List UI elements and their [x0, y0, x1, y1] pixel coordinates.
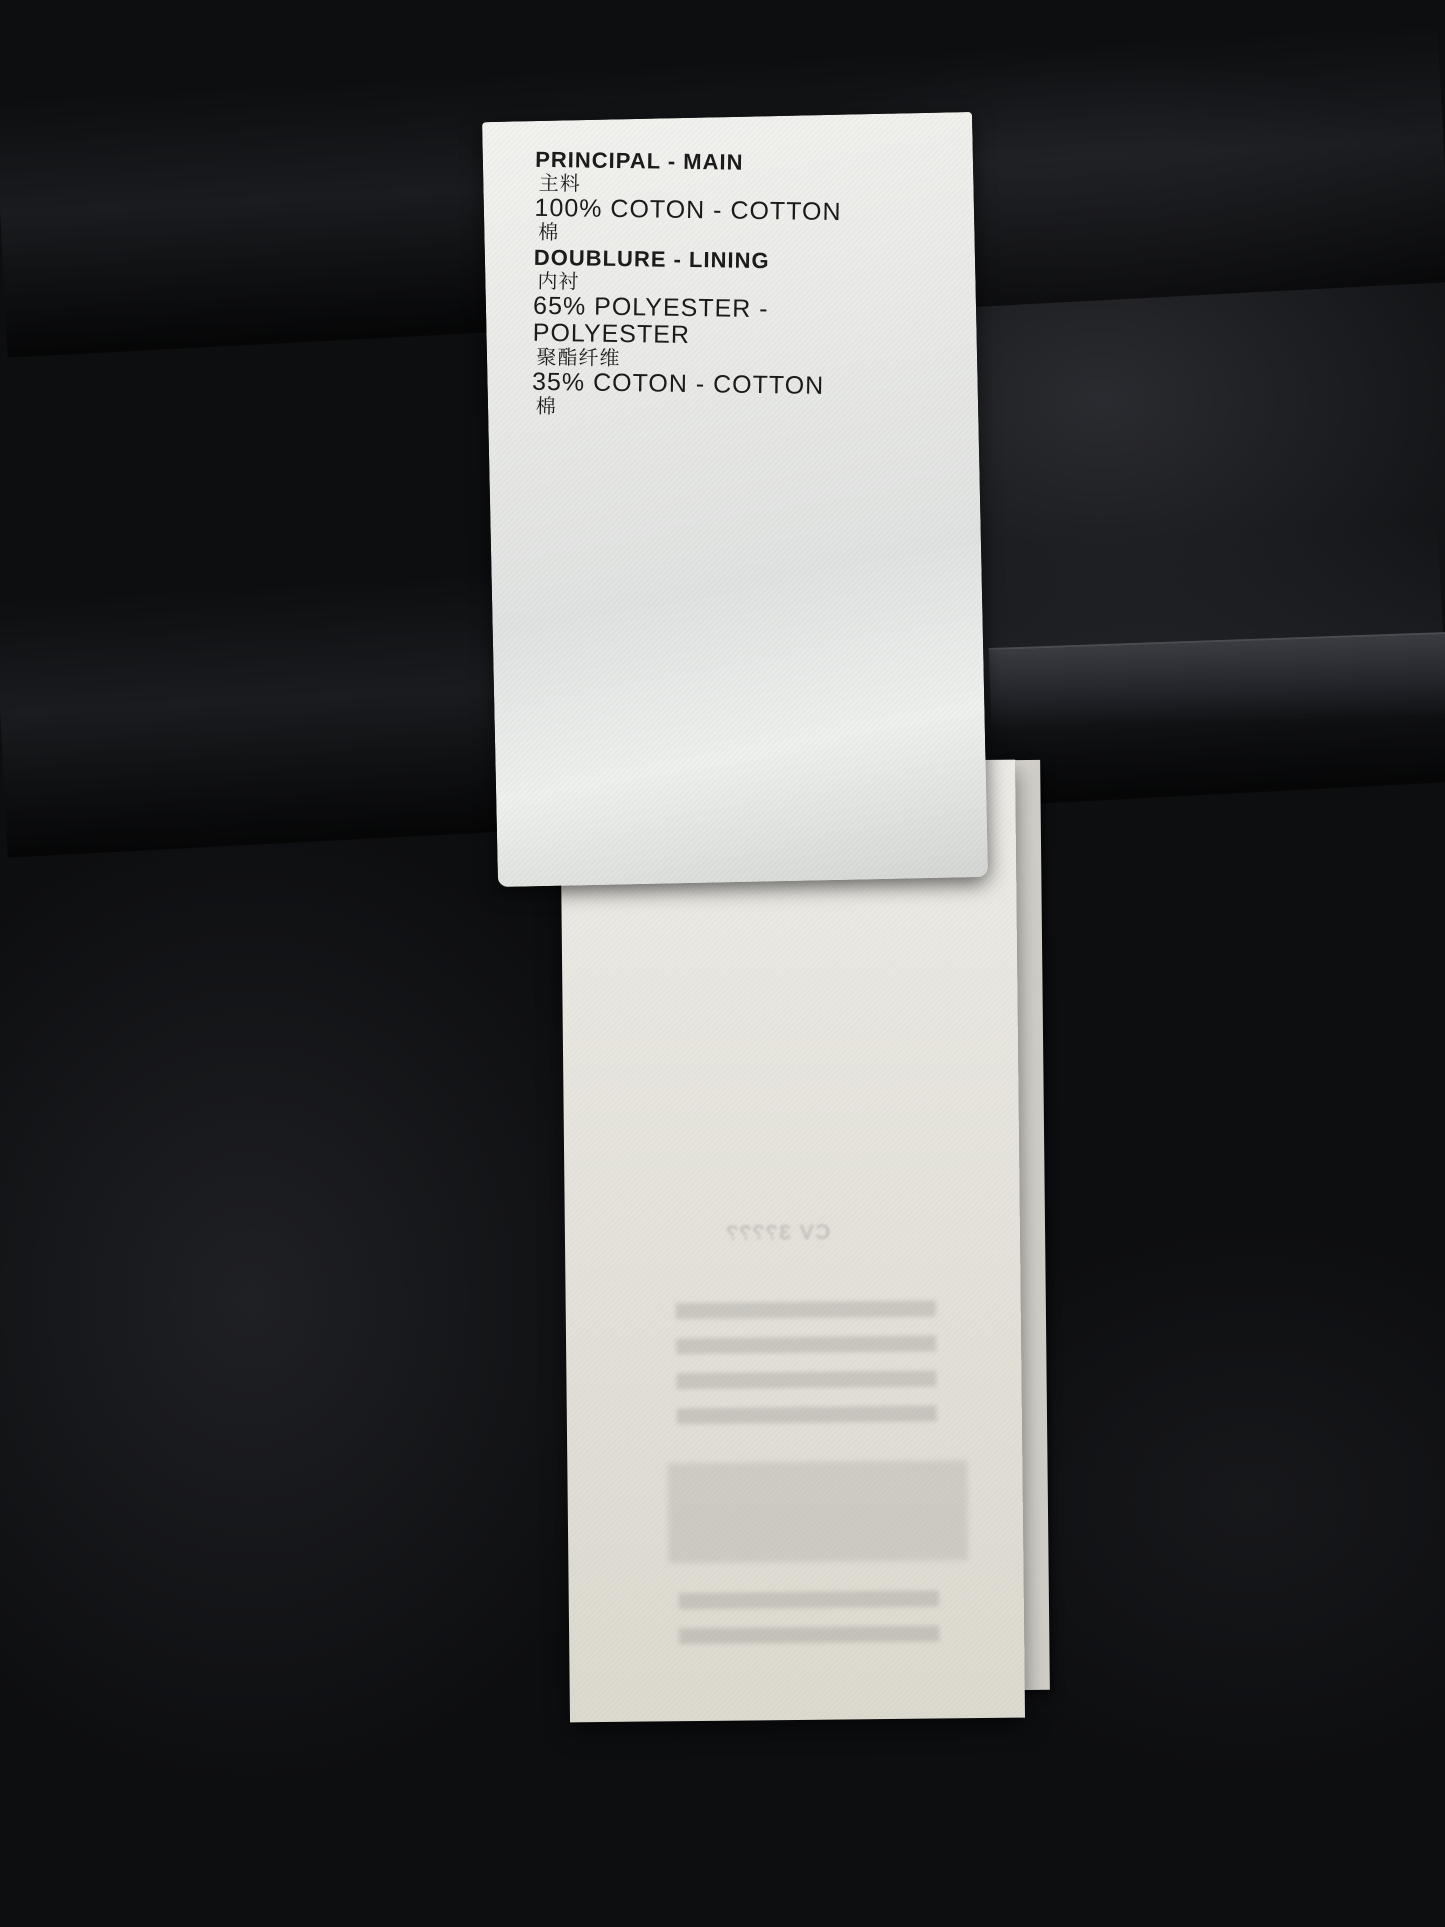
- composition-line-heading: PRINCIPAL - MAIN: [535, 146, 842, 177]
- garment-seam: [989, 632, 1445, 730]
- bleed-through-row: [676, 1301, 936, 1320]
- composition-line-body: 100% COTON - COTTON: [534, 195, 841, 226]
- label-composition-panel: PRINCIPAL - MAIN主料100% COTON - COTTON棉DO…: [482, 112, 988, 887]
- composition-line-body: POLYESTER: [533, 320, 840, 351]
- composition-text: PRINCIPAL - MAIN主料100% COTON - COTTON棉DO…: [532, 146, 843, 422]
- composition-line-body: 35% COTON - COTTON: [532, 369, 839, 400]
- bleed-through-care-symbols: [667, 1460, 968, 1563]
- bleed-through-row: [679, 1625, 939, 1644]
- label-lower-panel: CV 3????: [560, 760, 1025, 1723]
- bleed-through-row: [676, 1336, 936, 1355]
- bleed-through-row: [677, 1405, 937, 1424]
- composition-line-heading: DOUBLURE - LINING: [534, 244, 841, 275]
- bleed-through-code: CV 3????: [725, 1222, 830, 1246]
- bleed-through-row: [676, 1371, 936, 1390]
- bleed-through-row: [679, 1590, 939, 1609]
- photo-scene: { "scene": { "description": "Care/compos…: [0, 0, 1445, 1927]
- composition-line-cjk: 棉: [532, 396, 839, 422]
